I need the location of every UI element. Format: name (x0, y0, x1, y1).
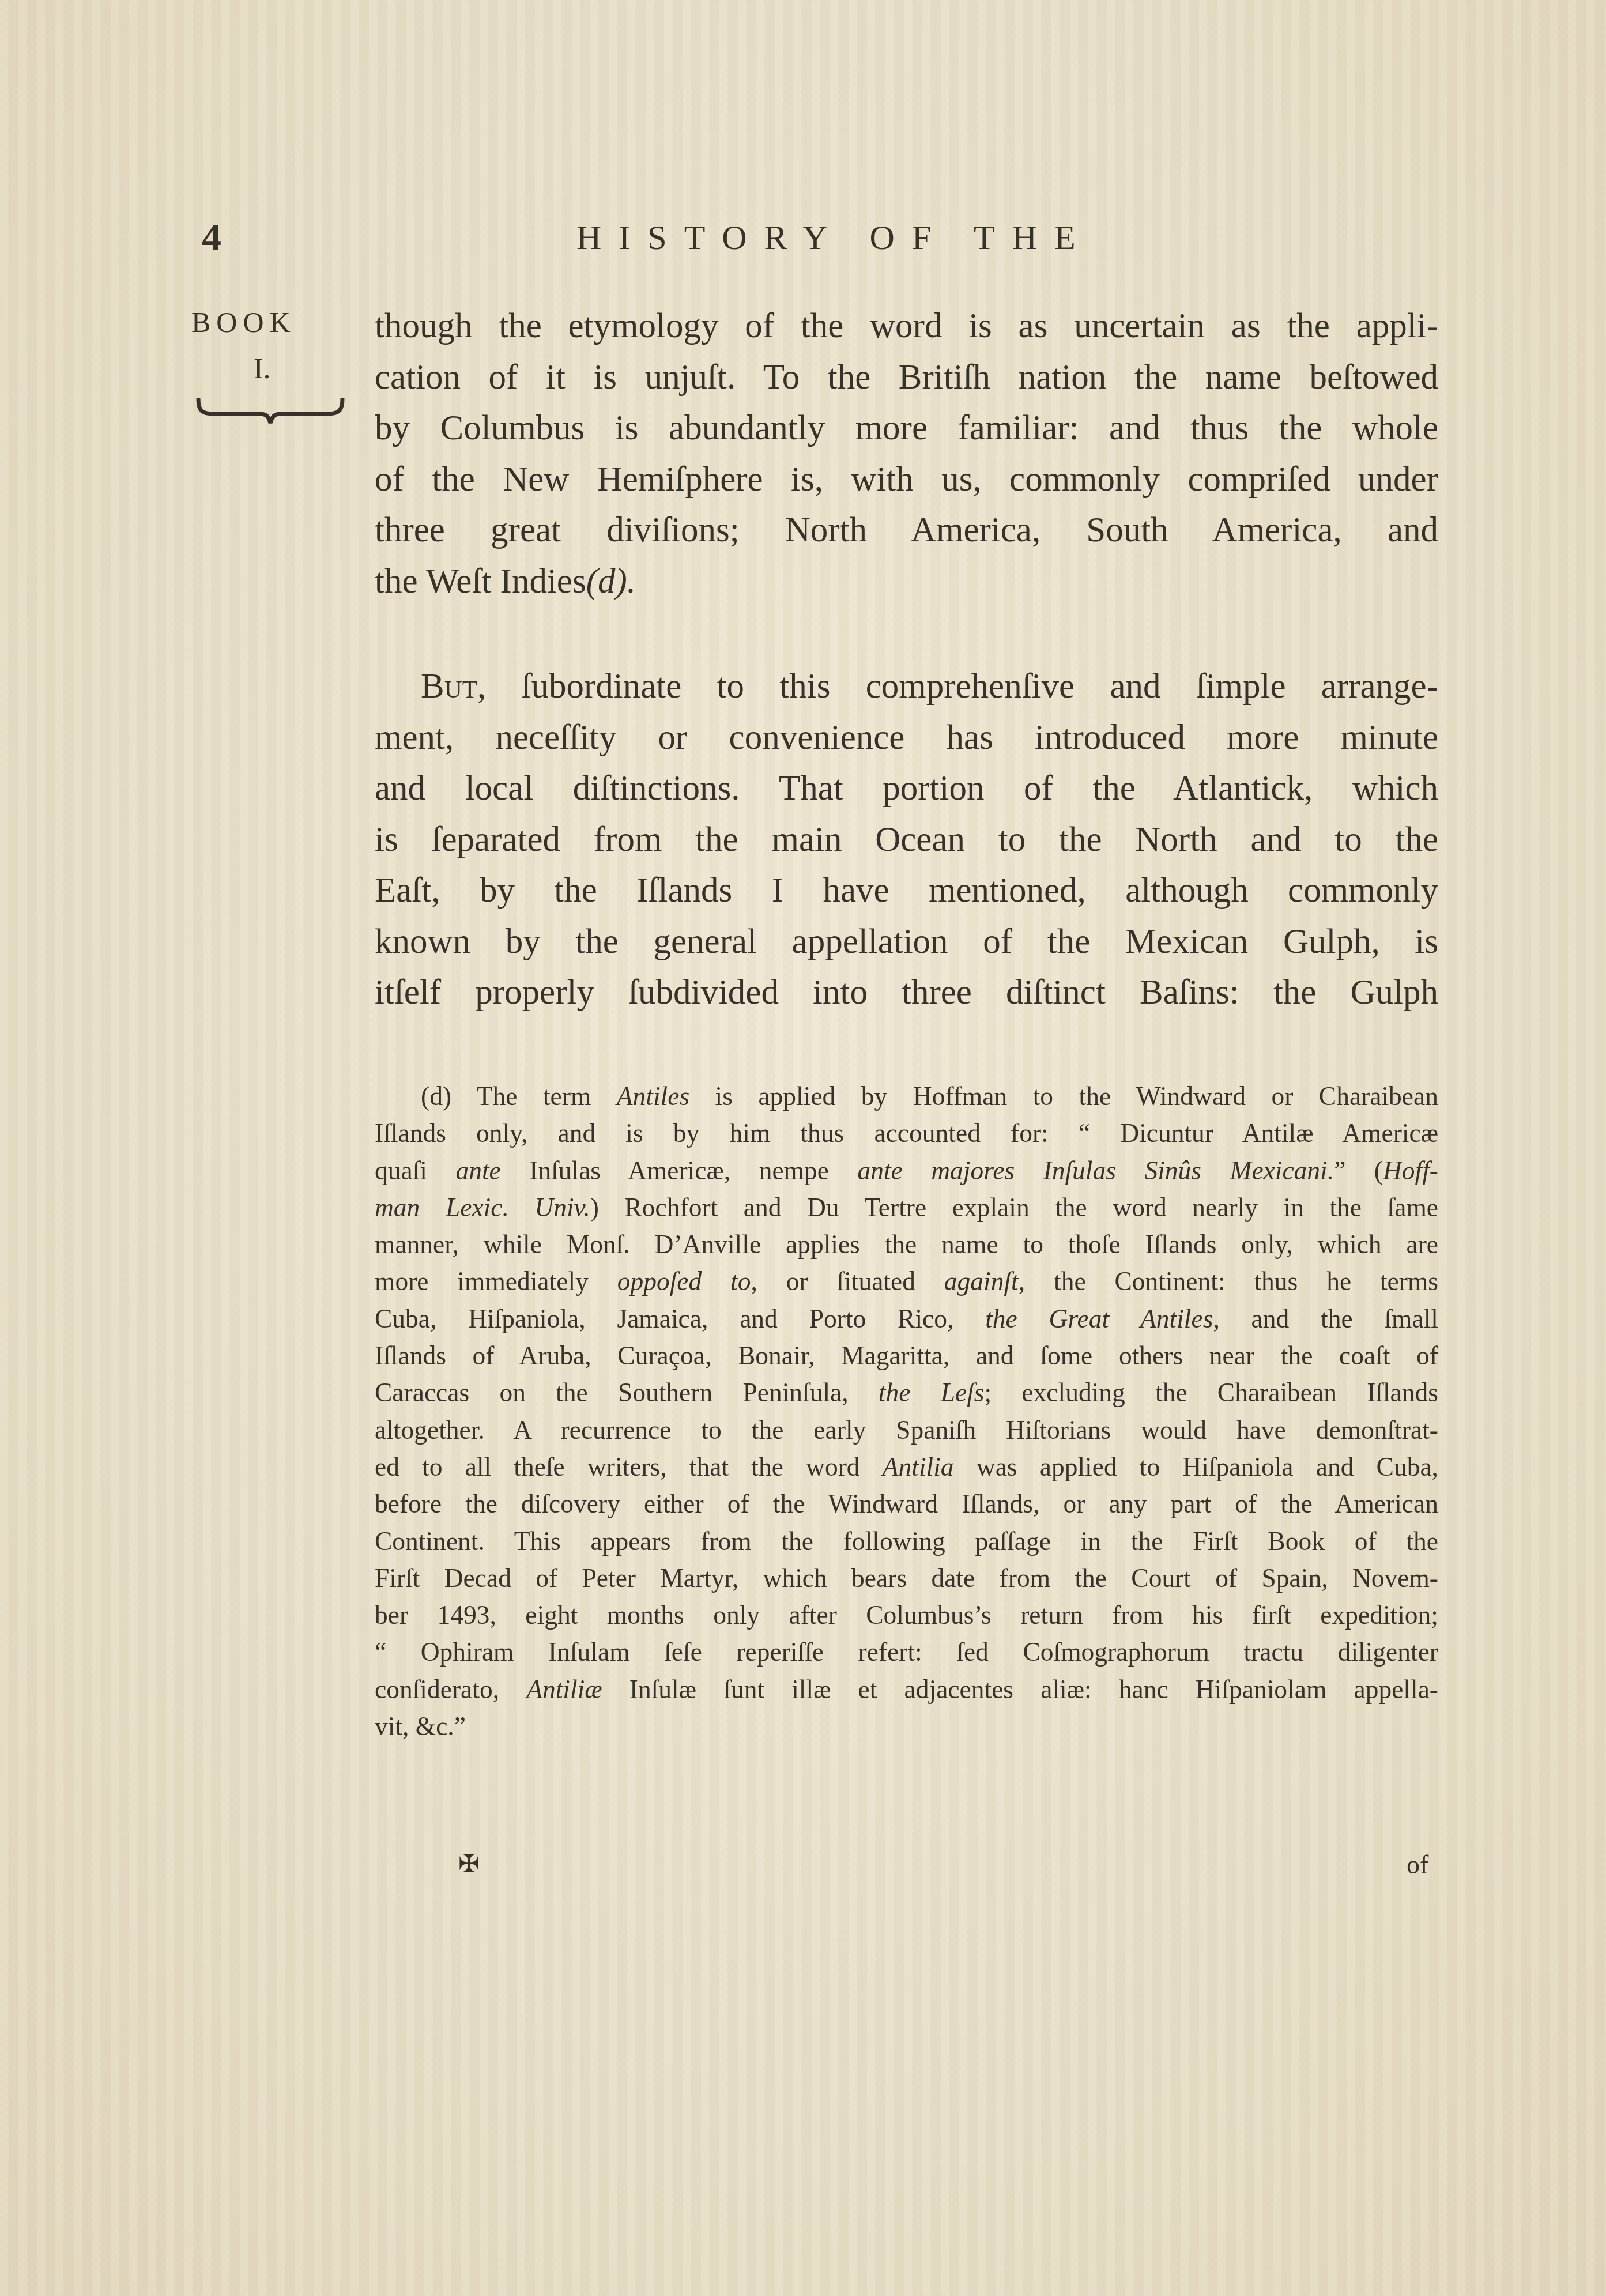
text-line: though the etymology of the word is as u… (375, 301, 1438, 352)
text-fragment: ) Rochfort and Du Tertre explain the wor… (590, 1193, 1438, 1222)
italic-text: Antiliæ (526, 1675, 602, 1704)
italic-text: Antilia (883, 1452, 954, 1481)
footnote-line: Iſlands of Aruba, Curaçoa, Bonair, Magar… (375, 1337, 1438, 1374)
footnote-line: conſiderato, Antiliæ Inſulæ ſunt illæ et… (375, 1671, 1438, 1708)
text-fragment: vit, &c.” (375, 1711, 466, 1741)
footnote-reference: (d). (586, 562, 636, 601)
text-fragment: ; excluding the Charaibean Iſlands (985, 1378, 1439, 1407)
paragraph-2: But, ſubordinate to this comprehenſive a… (375, 661, 1438, 1019)
text-line: three great diviſions; North America, So… (375, 505, 1438, 556)
margin-book-number: I. (254, 352, 270, 385)
italic-text: oppoſed to (617, 1266, 751, 1296)
text-line: known by the general appellation of the … (375, 917, 1438, 968)
footnote-line: more immediately oppoſed to, or ſituated… (375, 1263, 1438, 1300)
text-line: itſelf properly ſubdivided into three di… (375, 967, 1438, 1019)
footnote-line: Firſt Decad of Peter Martyr, which bears… (375, 1560, 1438, 1597)
text-fragment: Inſulas Americæ, nempe (501, 1156, 858, 1185)
text-fragment: Iſlands of Aruba, Curaçoa, Bonair, Magar… (375, 1341, 1438, 1370)
text-fragment: , and the ſmall (1213, 1304, 1438, 1333)
text-fragment: more immediately (375, 1266, 617, 1296)
running-head: HISTORY OF THE (576, 218, 1093, 258)
footnote-line: Iſlands only, and is by him thus account… (375, 1115, 1438, 1152)
paragraph-lead-word: But, (421, 667, 486, 706)
text-fragment: ſubordinate to this comprehenſive and ſi… (486, 667, 1438, 706)
text-fragment: manner, while Monſ. D’Anville applies th… (375, 1230, 1438, 1259)
footnote-d: (d) The term Antiles is applied by Hoffm… (375, 1078, 1438, 1745)
text-fragment: was applied to Hiſpaniola and Cuba, (954, 1452, 1438, 1481)
italic-text: man Lexic. Univ. (375, 1193, 590, 1222)
italic-text: Hoff- (1383, 1156, 1438, 1185)
footnote-line: (d) The term Antiles is applied by Hoffm… (375, 1078, 1438, 1115)
footnote-line: ber 1493, eight months only after Columb… (375, 1597, 1438, 1634)
footnote-line: man Lexic. Univ.) Rochfort and Du Tertre… (375, 1189, 1438, 1226)
text-line-first: But, ſubordinate to this comprehenſive a… (375, 661, 1438, 712)
footnote-line: quaſi ante Inſulas Americæ, nempe ante m… (375, 1152, 1438, 1189)
text-fragment: before the diſcovery either of the Windw… (375, 1489, 1438, 1518)
footnote-line: Continent. This appears from the followi… (375, 1523, 1438, 1560)
footnote-line: vit, &c.” (375, 1708, 1438, 1745)
footnote-line: “ Ophiram Inſulam ſeſe reperiſſe refert:… (375, 1634, 1438, 1671)
italic-text: Antiles (617, 1081, 689, 1111)
paragraph-1: though the etymology of the word is as u… (375, 301, 1438, 607)
page-number: 4 (202, 214, 221, 260)
text-fragment: Caraccas on the Southern Peninſula, (375, 1378, 879, 1407)
text-fragment: ” ( (1334, 1156, 1383, 1185)
footnote-line: ed to all theſe writers, that the word A… (375, 1449, 1438, 1486)
text-fragment: Firſt Decad of Peter Martyr, which bears… (375, 1563, 1438, 1593)
brace-ornament-icon (196, 398, 345, 427)
text-line: by Columbus is abundantly more familiar:… (375, 403, 1438, 454)
text-fragment: , or ſituated (751, 1266, 944, 1296)
margin-book-label: BOOK (191, 306, 296, 339)
text-fragment: conſiderato, (375, 1675, 526, 1704)
italic-text: ante majores Inſulas Sinûs Mexicani. (857, 1156, 1334, 1185)
text-line: Eaſt, by the Iſlands I have mentioned, a… (375, 865, 1438, 917)
text-fragment: Continent. This appears from the followi… (375, 1526, 1438, 1556)
text-fragment: , the Continent: thus he terms (1019, 1266, 1438, 1296)
text-fragment: Iſlands only, and is by him thus account… (375, 1118, 1438, 1148)
text-fragment: ed to all theſe writers, that the word (375, 1452, 883, 1481)
text-line: is ſeparated from the main Ocean to the … (375, 815, 1438, 866)
text-fragment: ber 1493, eight months only after Columb… (375, 1600, 1438, 1630)
italic-text: againſt (944, 1266, 1019, 1296)
footnote-line: before the diſcovery either of the Windw… (375, 1486, 1438, 1522)
text-fragment: is applied by Hoffman to the Windward or… (689, 1081, 1438, 1111)
signature-mark: ✠ (458, 1849, 480, 1879)
text-line: cation of it is unjuſt. To the Britiſh n… (375, 352, 1438, 404)
footnote-line: Caraccas on the Southern Peninſula, the … (375, 1374, 1438, 1411)
text-fragment: Inſulæ ſunt illæ et adjacentes aliæ: han… (602, 1675, 1438, 1704)
main-text: though the etymology of the word is as u… (375, 301, 1438, 1019)
text-fragment: Cuba, Hiſpaniola, Jamaica, and Porto Ric… (375, 1304, 985, 1333)
text-line: of the New Hemiſphere is, with us, commo… (375, 454, 1438, 506)
footnote-line: Cuba, Hiſpaniola, Jamaica, and Porto Ric… (375, 1300, 1438, 1337)
catchword: of (1407, 1849, 1428, 1880)
italic-text: the Great Antiles (985, 1304, 1213, 1333)
text-fragment: (d) The term (421, 1081, 617, 1111)
text-line: and local diſtinctions. That portion of … (375, 763, 1438, 815)
text-fragment: the Weſt Indies (375, 562, 586, 601)
text-fragment: quaſi (375, 1156, 455, 1185)
italic-text: ante (455, 1156, 500, 1185)
text-fragment: “ Ophiram Inſulam ſeſe reperiſſe refert:… (375, 1637, 1438, 1667)
text-line-final: the Weſt Indies(d). (375, 556, 1438, 608)
footnote-line: altogether. A recurrence to the early Sp… (375, 1412, 1438, 1449)
text-fragment: altogether. A recurrence to the early Sp… (375, 1415, 1438, 1445)
italic-text: the Leſs (879, 1378, 985, 1407)
footnote-line: manner, while Monſ. D’Anville applies th… (375, 1226, 1438, 1263)
text-line: ment, neceſſity or convenience has intro… (375, 712, 1438, 764)
